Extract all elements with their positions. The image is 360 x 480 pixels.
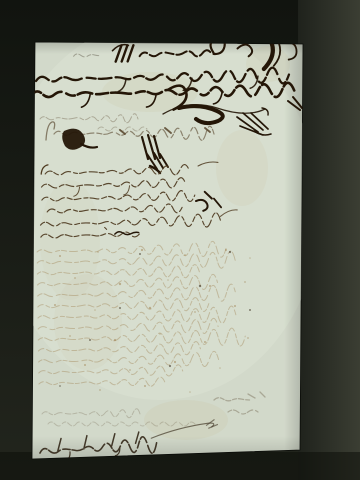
speck — [169, 365, 171, 367]
speck — [204, 341, 206, 343]
speck — [84, 364, 86, 366]
speck — [199, 285, 201, 287]
speck — [89, 339, 91, 341]
speck — [69, 335, 71, 337]
speck — [114, 339, 116, 341]
scan-canvas — [0, 0, 360, 480]
speck — [97, 251, 99, 253]
speck — [219, 367, 221, 369]
speck — [249, 257, 251, 259]
speck — [167, 279, 169, 281]
manuscript-scan — [0, 0, 360, 480]
speck — [159, 333, 161, 335]
speck — [141, 249, 143, 251]
speck — [139, 253, 141, 255]
speck — [149, 307, 151, 309]
speck — [247, 337, 249, 339]
speck — [129, 369, 131, 371]
speck — [59, 255, 61, 257]
speck — [225, 249, 227, 251]
speck — [94, 309, 96, 311]
speck — [249, 309, 251, 311]
speck — [174, 361, 176, 363]
stain — [144, 400, 228, 440]
speck — [119, 283, 121, 285]
speck — [99, 389, 101, 391]
speck — [244, 281, 246, 283]
speck — [144, 385, 146, 387]
speck — [234, 305, 236, 307]
speck — [74, 277, 76, 279]
speck — [194, 311, 196, 313]
speck — [209, 285, 211, 287]
speck — [189, 391, 191, 393]
speck — [184, 254, 186, 256]
background-right-band — [298, 0, 360, 480]
stain — [216, 130, 268, 206]
speck — [229, 251, 231, 253]
speck — [54, 304, 56, 306]
speck — [59, 385, 61, 387]
speck — [119, 307, 121, 309]
